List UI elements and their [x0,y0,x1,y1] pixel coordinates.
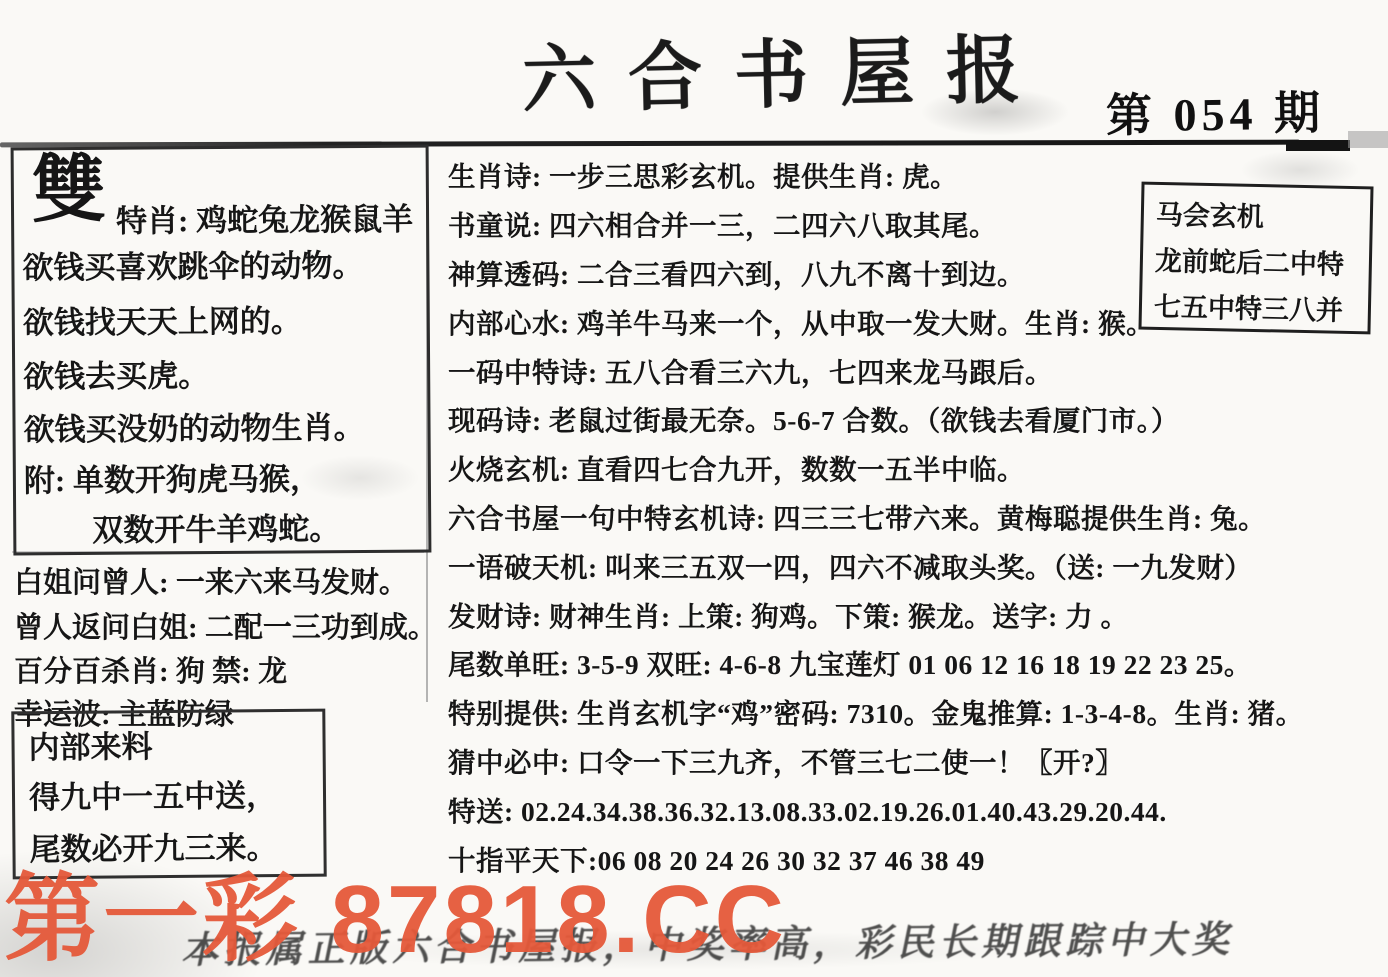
special-zodiac-box: 雙 特肖: 鸡蛇兔龙猴鼠羊 欲钱买喜欢跳伞的动物。 欲钱找天天上网的。 欲钱去买… [11,145,432,556]
tip-line: 特别提供: 生肖玄机字“鸡”密码: 7310。金鬼推算: 1-3-4-8。生肖:… [448,687,1304,736]
riddle-line: 欲钱买喜欢跳伞的动物。 [22,240,363,287]
internal-info-title: 内部来料 [28,721,152,767]
special-zodiac-line: 特肖: 鸡蛇兔龙猴鼠羊 [116,194,413,241]
appendix-line: 附: 单数开狗虎马猴， [24,453,321,500]
tip-line: 曾人返问白姐: 二配一三功到成。 [14,605,437,646]
mahui-mystery-box: 马会玄机 龙前蛇后二中特 七五中特三八并 [1138,182,1373,335]
big-char-shuang: 雙 [32,154,107,229]
header-divider-gray-segment [1348,131,1388,148]
tip-line: 百分百杀肖: 狗 禁: 龙 [14,649,287,690]
issue-number: 第 054 期 [1106,76,1326,145]
page-title: 六合书屋报 [521,10,1053,127]
tip-line: 一码中特诗: 五八合看三六九，七四来龙马跟后。 [448,345,1304,394]
mahui-box-title: 马会玄机 [1156,193,1265,234]
internal-info-line: 得九中一五中送， [29,770,277,817]
tip-line: 特送: 02.24.34.38.36.32.13.08.33.02.19.26.… [448,784,1304,833]
tip-line: 白姐问曾人: 一来六来马发财。 [14,560,408,601]
riddle-line: 欲钱找天天上网的。 [23,295,302,342]
tip-line: 六合书屋一句中特玄机诗: 四三三七带六来。黄梅聪提供生肖: 兔。 [448,492,1304,541]
tip-line: 现码诗: 老鼠过街最无奈。5-6-7 合数。（欲钱去看厦门市。） [448,394,1304,443]
tip-line: 发财诗: 财神生肖: 上策: 狗鸡。下策: 猴龙。送字: 力 。 [448,589,1304,638]
mahui-box-line: 龙前蛇后二中特 [1155,239,1345,282]
riddle-line: 欲钱买没奶的动物生肖。 [23,402,364,449]
mahui-box-line: 七五中特三八并 [1154,285,1344,328]
site-watermark: 第一彩 87818.CC [4,843,787,977]
appendix-line: 双数开牛羊鸡蛇。 [92,503,340,550]
tip-line: 猜中必中: 口令一下三九齐，不管三七二使一！〖开?〗 [448,736,1304,785]
riddle-line: 欲钱去买虎。 [23,350,209,396]
tip-line: 火烧玄机: 直看四七合九开，数数一五半中临。 [448,443,1304,492]
tip-line: 一语破天机: 叫来三五双一四，四六不减取头奖。（送: 一九发财） [448,540,1304,589]
tip-line: 尾数单旺: 3-5-9 双旺: 4-6-8 九宝莲灯 01 06 12 16 1… [448,638,1304,687]
